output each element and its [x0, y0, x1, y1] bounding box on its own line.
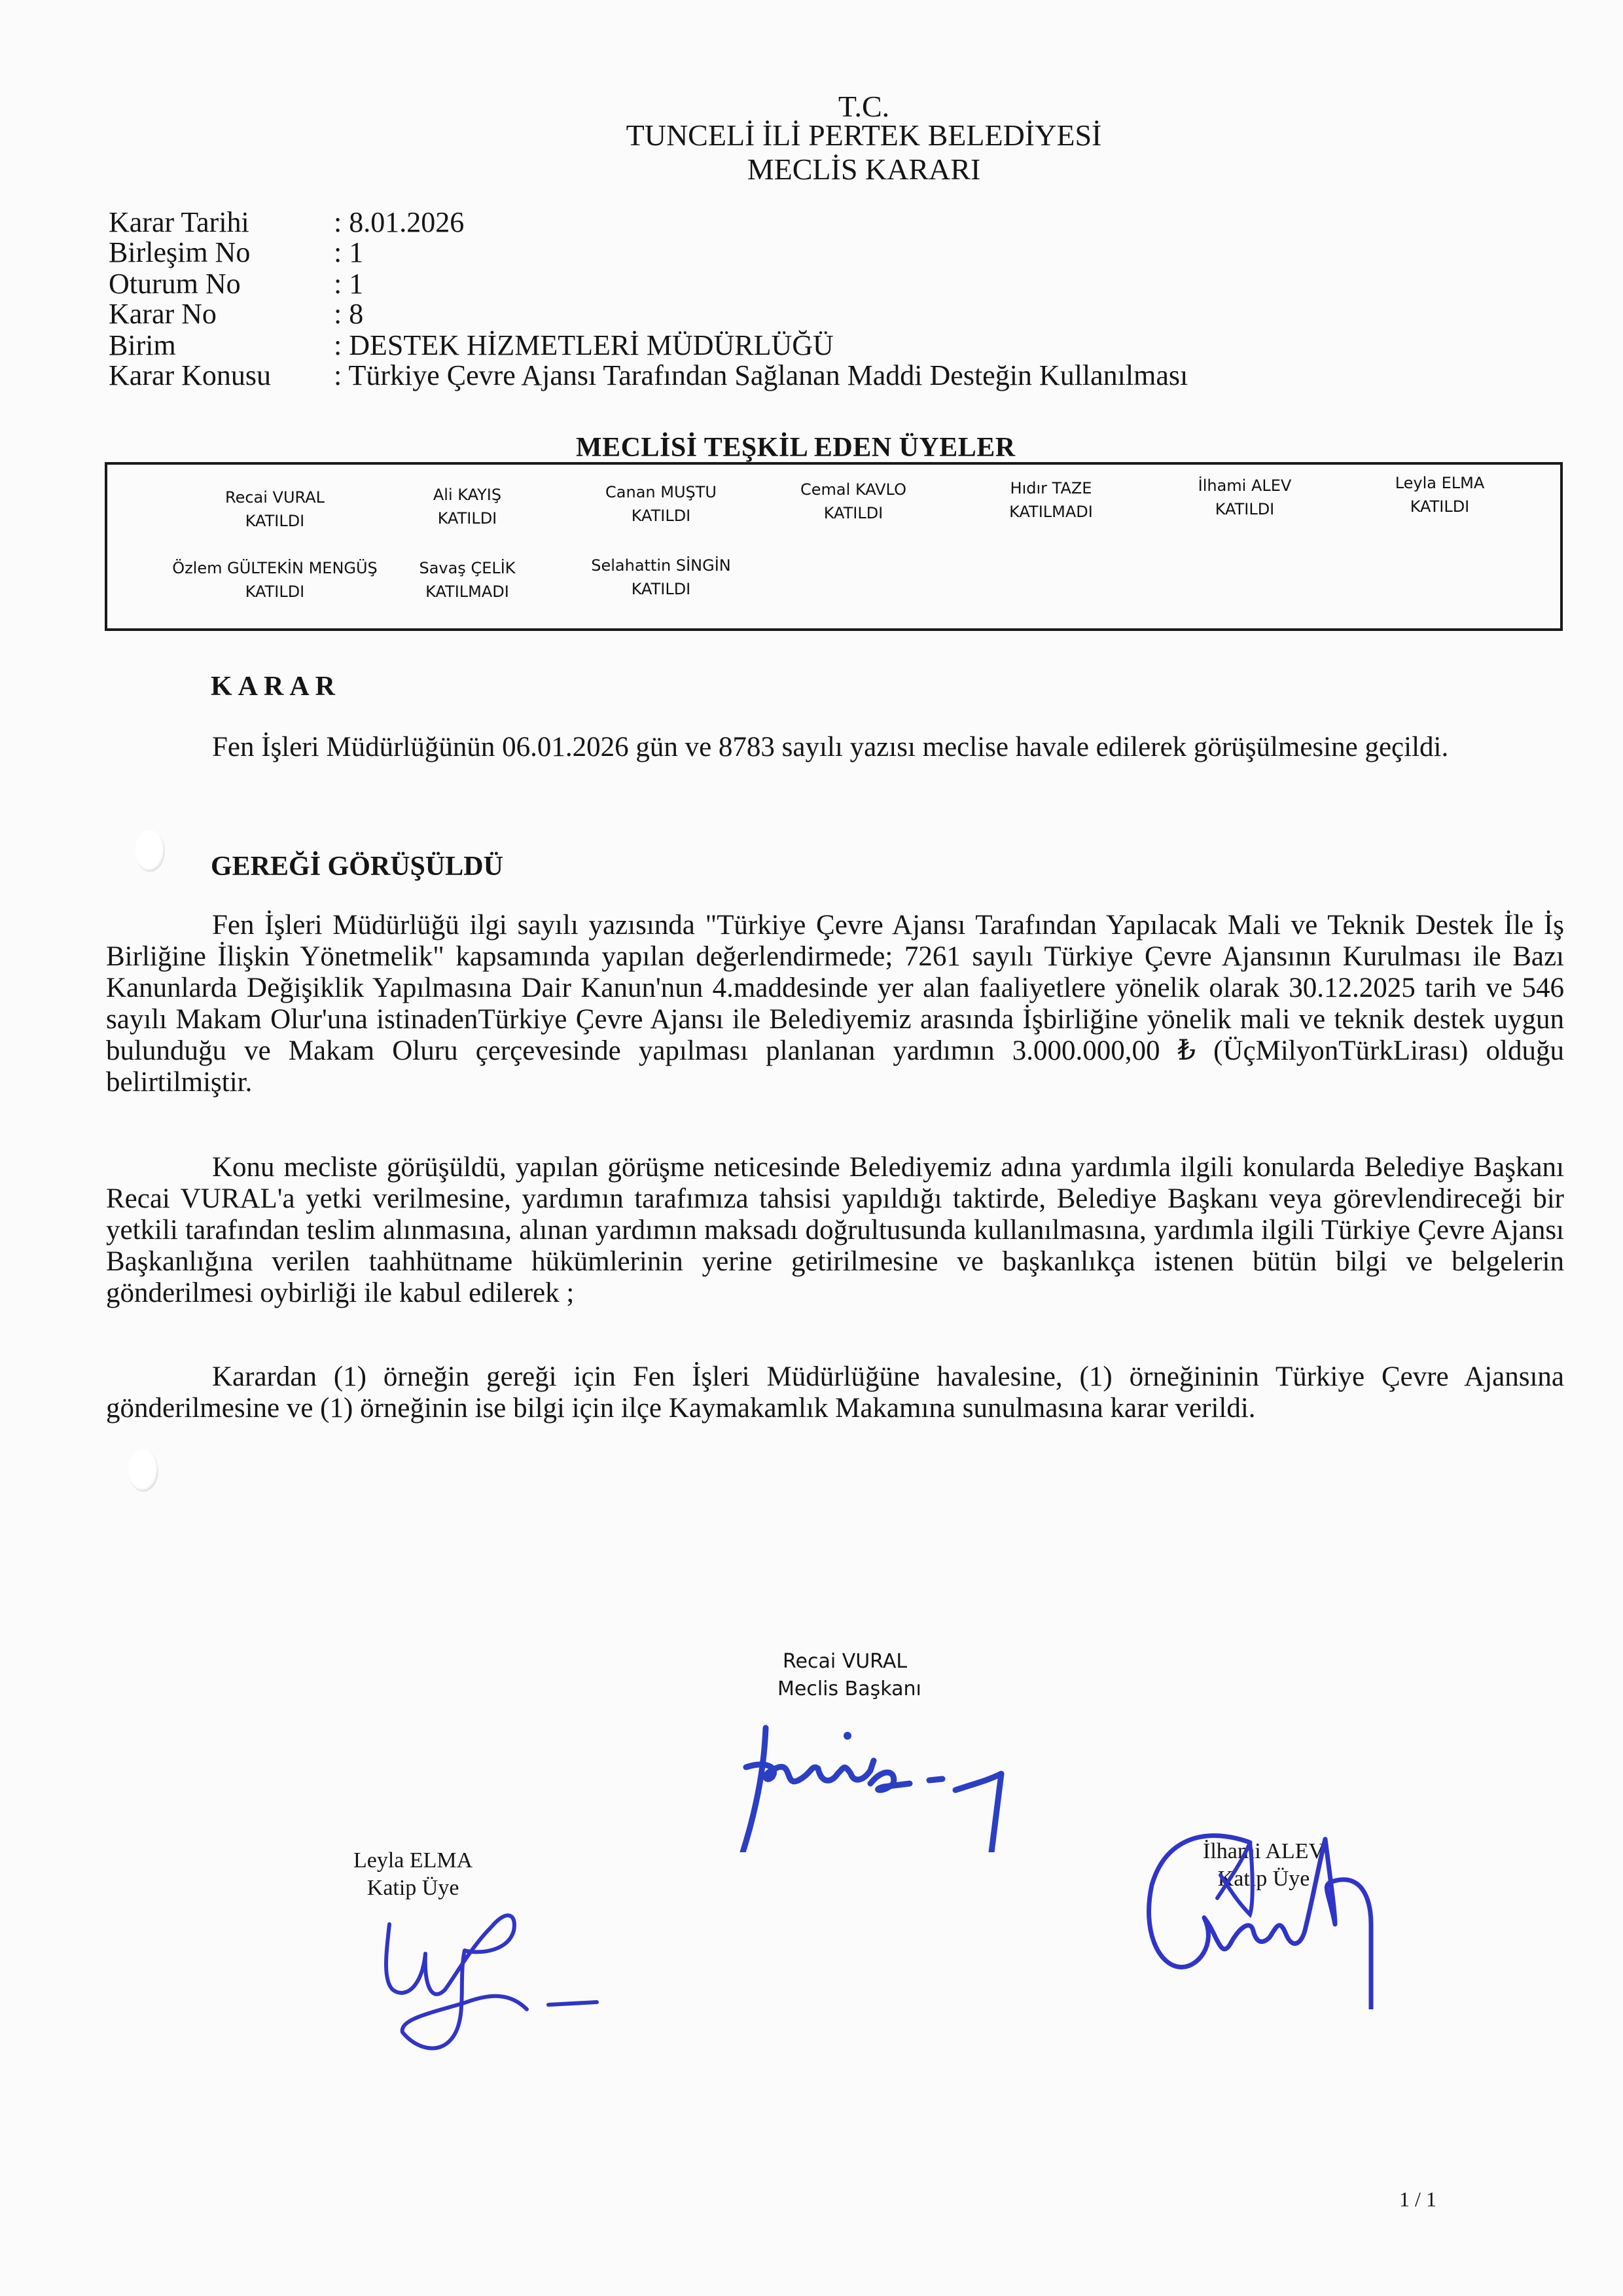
body-paragraph-1: Fen İşleri Müdürlüğü ilgi sayılı yazısın…	[106, 910, 1564, 1098]
members-section-title: MECLİSİ TEŞKİL EDEN ÜYELER	[576, 432, 1016, 463]
body-paragraph-3: Karardan (1) örneğin gereği için Fen İşl…	[106, 1361, 1564, 1424]
meta-row-date: Karar Tarihi8.01.2026	[109, 208, 464, 237]
member-entry: Canan MUŞTU KATILDI	[556, 480, 766, 528]
meta-value: 8.01.2026	[334, 206, 464, 238]
meta-row-unit: BirimDESTEK HİZMETLERİ MÜDÜRLÜĞÜ	[109, 331, 834, 360]
meta-value: DESTEK HİZMETLERİ MÜDÜRLÜĞÜ	[334, 329, 834, 361]
member-name: Cemal KAVLO	[800, 480, 906, 499]
member-name: Savaş ÇELİK	[419, 559, 515, 577]
member-status: KATILDI	[151, 580, 399, 603]
member-status: KATILDI	[363, 507, 572, 530]
members-table: Recai VURAL KATILDI Ali KAYIŞ KATILDI Ca…	[105, 462, 1563, 631]
member-entry: Hıdır TAZE KATILMADI	[946, 476, 1156, 524]
paragraph-text: Fen İşleri Müdürlüğü ilgi sayılı yazısın…	[106, 910, 1564, 1098]
member-status: KATILDI	[556, 577, 766, 601]
clerk-2-signature-icon	[1139, 1813, 1414, 2009]
member-name: İlhami ALEV	[1198, 476, 1292, 495]
member-name: Leyla ELMA	[1395, 474, 1485, 492]
member-entry: Ali KAYIŞ KATILDI	[363, 483, 572, 530]
meta-row-sitting: Oturum No1	[109, 270, 363, 298]
member-name: Selahattin SİNGİN	[591, 556, 731, 575]
meta-label: Oturum No	[109, 270, 334, 298]
body-paragraph-2: Konu mecliste görüşüldü, yapılan görüşme…	[106, 1152, 1564, 1309]
member-status: KATILMADI	[946, 500, 1156, 524]
meta-label: Karar No	[109, 300, 334, 329]
country-label: T.C.	[52, 92, 1623, 122]
deliberation-heading: GEREĞİ GÖRÜŞÜLDÜ	[211, 851, 503, 882]
clerk-1-signature-icon	[366, 1901, 615, 2065]
document-title: MECLİS KARARI	[52, 154, 1623, 185]
meta-label: Birim	[109, 331, 334, 360]
meta-row-decision-no: Karar No8	[109, 300, 363, 329]
page-number: 1 / 1	[1399, 2187, 1436, 2212]
member-entry: Leyla ELMA KATILDI	[1335, 471, 1544, 518]
paragraph-text: Karardan (1) örneğin gereği için Fen İşl…	[106, 1361, 1564, 1424]
member-name: Hıdır TAZE	[1010, 479, 1092, 497]
chair-signature-block: Recai VURAL Meclis Başkanı	[777, 1648, 921, 1703]
meta-value: 8	[334, 298, 363, 330]
member-status: KATILDI	[749, 501, 958, 525]
punch-hole	[135, 830, 165, 872]
meta-value: 1	[334, 268, 363, 300]
chair-title: Meclis Başkanı	[777, 1676, 921, 1703]
punch-hole	[128, 1450, 158, 1492]
member-entry: Cemal KAVLO KATILDI	[749, 478, 958, 525]
member-name: Ali KAYIŞ	[433, 486, 501, 504]
member-entry: Recai VURAL KATILDI	[170, 486, 380, 533]
member-entry: Savaş ÇELİK KATILMADI	[363, 556, 572, 603]
decision-heading: KARAR	[211, 671, 341, 702]
member-name: Canan MUŞTU	[605, 483, 717, 501]
intro-paragraph: Fen İşleri Müdürlüğünün 06.01.2026 gün v…	[106, 732, 1564, 763]
municipality-name: TUNCELİ İLİ PERTEK BELEDİYESİ	[52, 120, 1623, 151]
chair-name: Recai VURAL	[777, 1648, 921, 1676]
paragraph-text: Konu mecliste görüşüldü, yapılan görüşme…	[106, 1152, 1564, 1309]
member-name: Özlem GÜLTEKİN MENGÜŞ	[172, 559, 378, 577]
member-entry: Selahattin SİNGİN KATILDI	[556, 554, 766, 601]
meta-row-subject: Karar KonusuTürkiye Çevre Ajansı Tarafın…	[109, 361, 1188, 390]
member-status: KATILDI	[170, 509, 380, 533]
clerk-1-title: Katip Üye	[353, 1874, 473, 1902]
meta-label: Karar Tarihi	[109, 208, 334, 237]
meta-label: Birleşim No	[109, 238, 334, 267]
meta-value: 1	[334, 236, 363, 268]
member-status: KATILDI	[1140, 497, 1349, 521]
member-status: KATILMADI	[363, 580, 572, 603]
member-entry: Özlem GÜLTEKİN MENGÜŞ KATILDI	[151, 556, 399, 603]
meta-row-session: Birleşim No1	[109, 238, 363, 267]
clerk-1-signature-block: Leyla ELMA Katip Üye	[353, 1847, 473, 1902]
member-name: Recai VURAL	[225, 488, 325, 507]
chair-signature-icon	[740, 1721, 1106, 1852]
clerk-1-name: Leyla ELMA	[353, 1847, 473, 1874]
meta-label: Karar Konusu	[109, 361, 334, 390]
member-status: KATILDI	[1335, 495, 1544, 518]
member-entry: İlhami ALEV KATILDI	[1140, 474, 1349, 521]
meta-value: Türkiye Çevre Ajansı Tarafından Sağlanan…	[334, 359, 1188, 391]
member-status: KATILDI	[556, 504, 766, 528]
intro-text: Fen İşleri Müdürlüğünün 06.01.2026 gün v…	[106, 732, 1564, 763]
